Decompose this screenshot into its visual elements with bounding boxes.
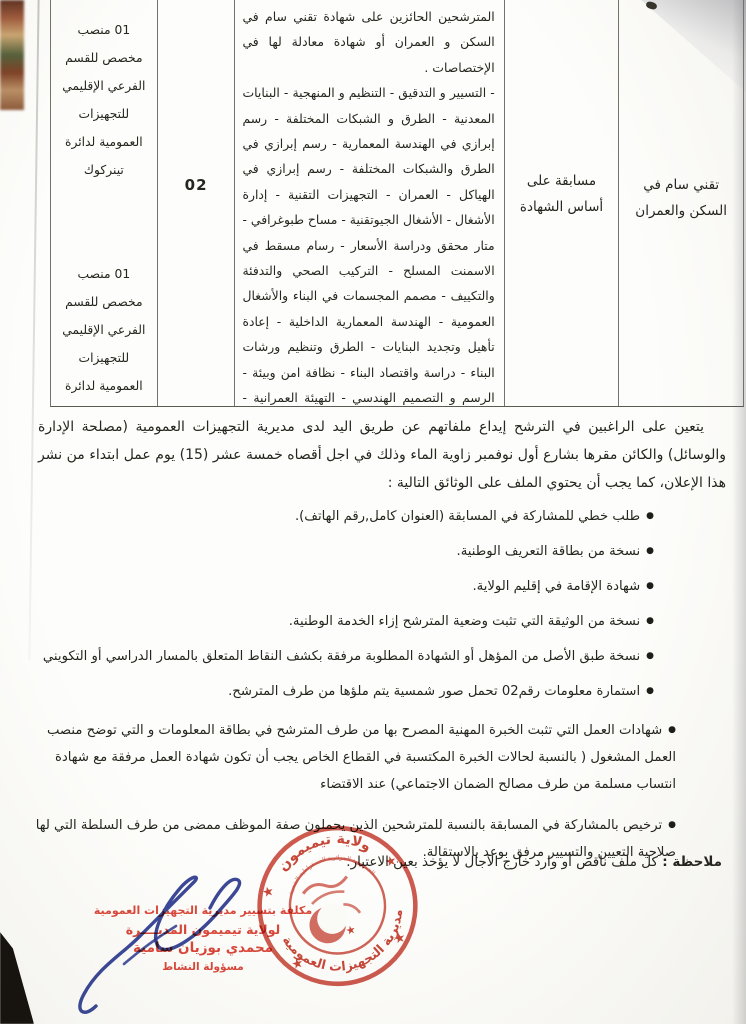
bullet-icon: ●	[668, 820, 676, 830]
list-item: ●استمارة معلومات رقم02 تحمل صور شمسية يت…	[30, 678, 706, 705]
bullet-icon: ●	[668, 725, 676, 735]
recruitment-table: تقني سام في السكن والعمران مسابقة على أس…	[50, 0, 744, 407]
document-item-text: نسخة من الوثيقة التي تثبت وضعية المترشح …	[289, 614, 640, 629]
document-item-text: استمارة معلومات رقم02 تحمل صور شمسية يتم…	[228, 684, 640, 699]
requirements-intro: المترشحين الحائزين على شهادة تقني سام في…	[242, 4, 494, 80]
bullet-icon: ●	[646, 546, 654, 556]
application-instructions-paragraph: يتعين على الراغبين في الترشح إيداع ملفات…	[38, 413, 726, 497]
bullet-icon: ●	[646, 686, 654, 696]
emblem-flourish	[310, 890, 345, 904]
allocation-entry: 01 منصب مخصص للقسم الفرعي الإقليمي للتجه…	[56, 16, 152, 184]
scanned-document-page: تقني سام في السكن والعمران مسابقة على أس…	[0, 0, 746, 1024]
signature-stroke	[80, 877, 240, 1012]
posts-count-value: 02	[162, 176, 231, 194]
grade-value: تقني سام في السكن والعمران	[625, 172, 737, 224]
list-item: ●نسخة من بطاقة التعريف الوطنية.	[30, 538, 706, 565]
bullet-icon: ●	[646, 616, 654, 626]
allocation-entry: 01 منصب مخصص للقسم الفرعي الإقليمي للتجه…	[56, 260, 152, 406]
table-column-specializations: المترشحين الحائزين على شهادة تقني سام في…	[234, 0, 503, 406]
scan-artifact-dark-corner	[0, 932, 34, 1024]
list-item: ●طلب خطي للمشاركة في المسابقة (العنوان ك…	[30, 503, 706, 530]
list-item: ●نسخة طبق الأصل من المؤهل أو الشهادة الم…	[30, 643, 706, 670]
list-item: ●شهادة الإقامة في إقليم الولاية.	[30, 573, 706, 600]
list-item: ●نسخة من الوثيقة التي تثبت وضعية المترشح…	[30, 608, 706, 635]
star-icon: ★	[344, 923, 357, 938]
scan-artifact-background-strip	[0, 0, 24, 110]
table-column-grade: تقني سام في السكن والعمران	[618, 0, 743, 406]
table-column-posts-count: 02	[157, 0, 235, 406]
table-column-competition-type: مسابقة على أساس الشهادة	[504, 0, 619, 406]
star-icon: ★	[392, 930, 407, 947]
specializations-list: - التسيير و التدقيق - التنظيم و المنهجية…	[242, 80, 494, 406]
document-item-text: نسخة من بطاقة التعريف الوطنية.	[457, 544, 641, 559]
document-item-text: شهادة الإقامة في إقليم الولاية.	[472, 579, 640, 594]
table-column-allocations: 01 منصب مخصص للقسم الفرعي الإقليمي للتجه…	[51, 0, 157, 406]
list-item: ●شهادات العمل التي تثبت الخبرة المهنية ا…	[30, 717, 706, 798]
emblem-group: ★	[300, 876, 366, 948]
bullet-icon: ●	[646, 511, 654, 521]
document-item-text: نسخة طبق الأصل من المؤهل أو الشهادة المط…	[43, 649, 640, 664]
competition-type-value: مسابقة على أساس الشهادة	[511, 168, 613, 220]
bullet-icon: ●	[646, 651, 654, 661]
document-item-text: شهادات العمل التي تثبت الخبرة المهنية ال…	[47, 723, 676, 792]
bullet-icon: ●	[646, 581, 654, 591]
note-label: ملاحظة :	[662, 854, 722, 870]
handwritten-signature	[72, 866, 290, 1022]
document-item-text: طلب خطي للمشاركة في المسابقة (العنوان كا…	[295, 509, 640, 524]
